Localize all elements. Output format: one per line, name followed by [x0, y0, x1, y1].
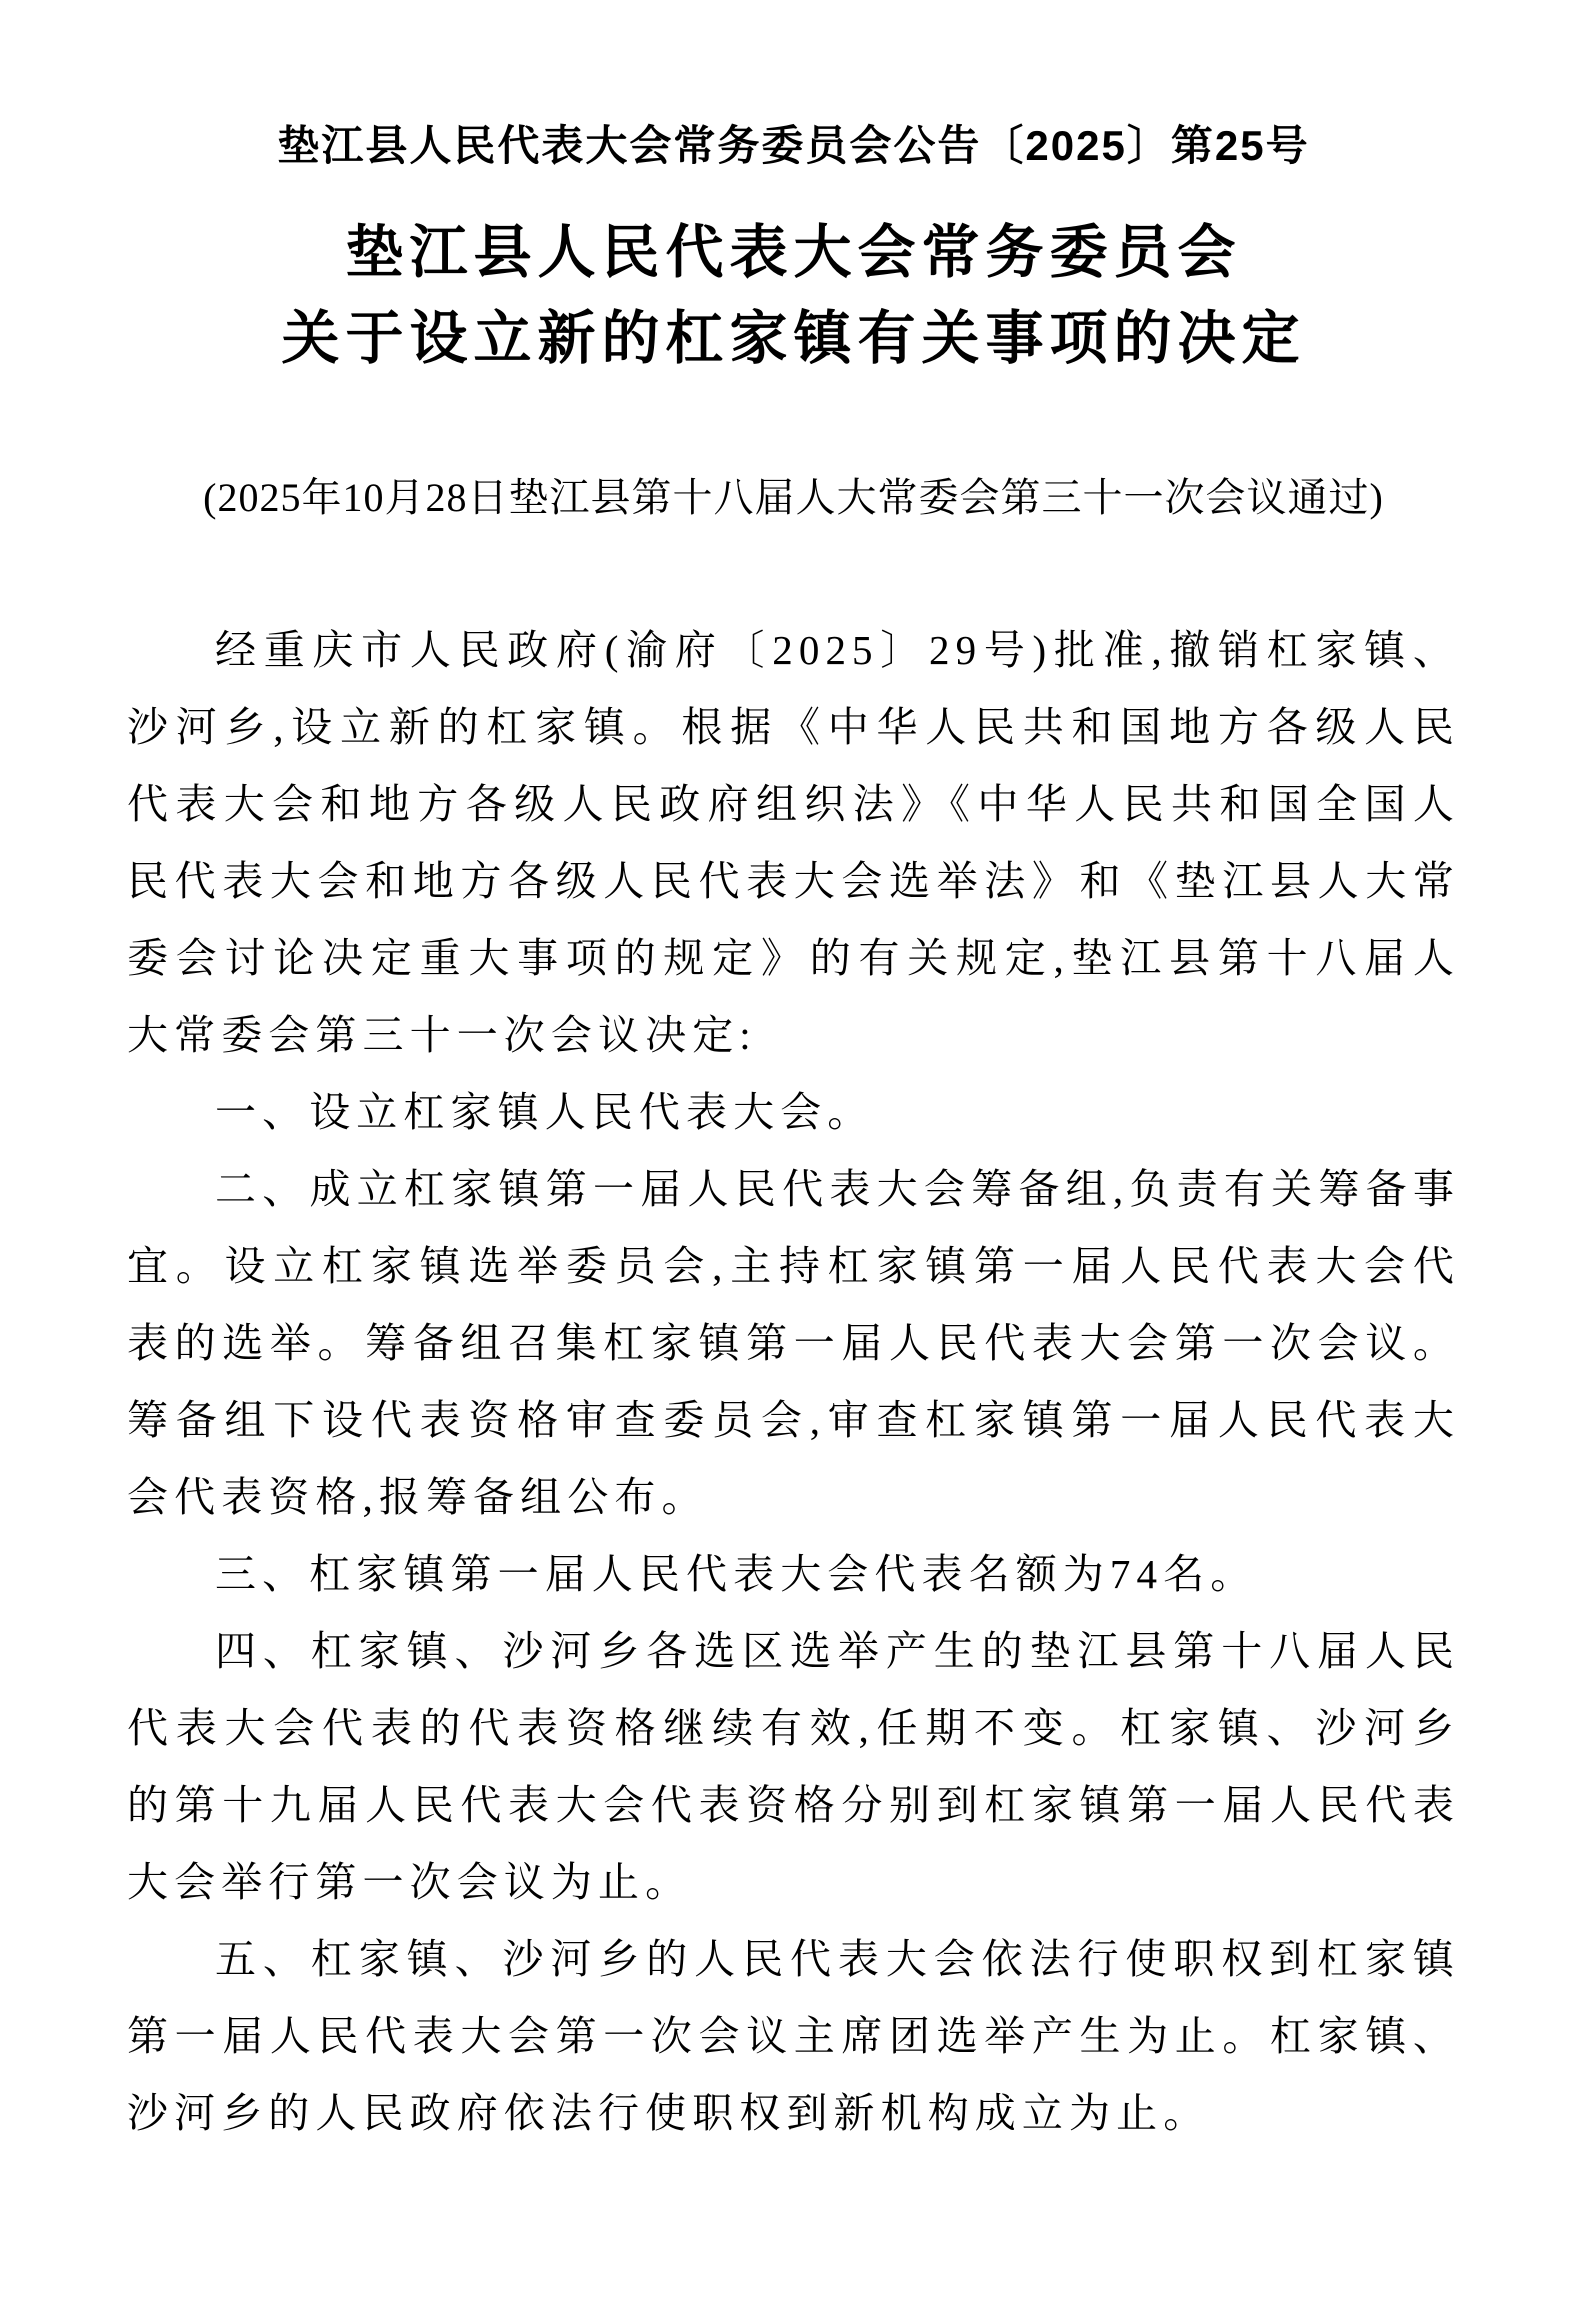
paragraph-item-3: 三、杠家镇第一届人民代表大会代表名额为74名。: [127, 1536, 1460, 1613]
notice-number-heading: 垫江县人民代表大会常务委员会公告〔2025〕第25号: [127, 120, 1460, 172]
document-page: 垫江县人民代表大会常务委员会公告〔2025〕第25号 垫江县人民代表大会常务委员…: [0, 0, 1587, 2302]
paragraph-item-5: 五、杠家镇、沙河乡的人民代表大会依法行使职权到杠家镇第一届人民代表大会第一次会议…: [127, 1921, 1460, 2152]
document-title-line-2: 关于设立新的杠家镇有关事项的决定: [127, 296, 1460, 382]
document-title: 垫江县人民代表大会常务委员会 关于设立新的杠家镇有关事项的决定: [127, 210, 1460, 382]
paragraph-item-1: 一、设立杠家镇人民代表大会。: [127, 1074, 1460, 1151]
paragraph-item-2: 二、成立杠家镇第一届人民代表大会筹备组,负责有关筹备事宜。设立杠家镇选举委员会,…: [127, 1151, 1460, 1536]
document-body: 经重庆市人民政府(渝府〔2025〕29号)批准,撤销杠家镇、沙河乡,设立新的杠家…: [127, 612, 1460, 2152]
paragraph-preamble: 经重庆市人民政府(渝府〔2025〕29号)批准,撤销杠家镇、沙河乡,设立新的杠家…: [127, 612, 1460, 1074]
meeting-adoption-note: (2025年10月28日垫江县第十八届人大常委会第三十一次会议通过): [127, 470, 1460, 526]
document-title-line-1: 垫江县人民代表大会常务委员会: [127, 210, 1460, 296]
paragraph-item-4: 四、杠家镇、沙河乡各选区选举产生的垫江县第十八届人民代表大会代表的代表资格继续有…: [127, 1613, 1460, 1921]
